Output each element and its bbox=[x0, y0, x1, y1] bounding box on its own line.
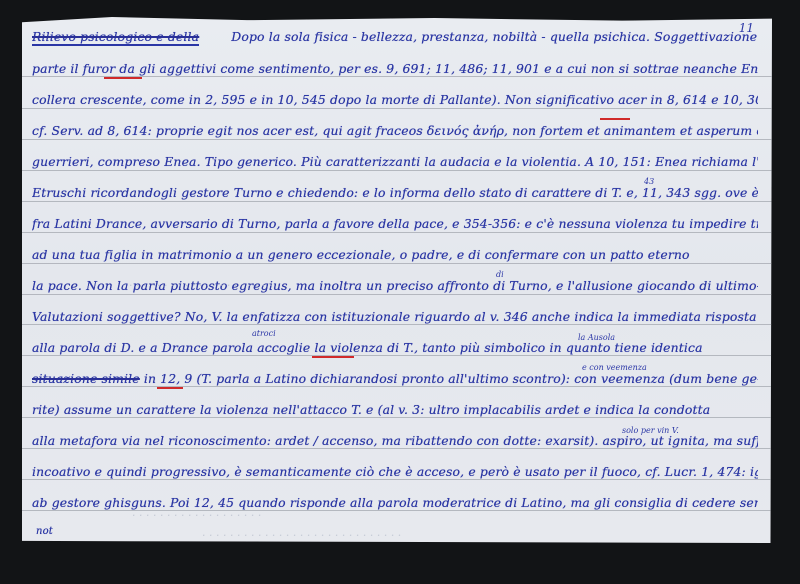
bleed-through-text: · · · · · · · · · · · · · · · · · · · · … bbox=[202, 529, 401, 542]
text-line-2: parte il furor da gli aggettivi come sen… bbox=[32, 61, 758, 76]
red-underline-violenta bbox=[312, 356, 354, 358]
manuscript-page: 11 Rilievo psicologico e della Dopo la s… bbox=[22, 17, 772, 543]
red-underline-furor bbox=[104, 77, 142, 79]
insertion-con-veemenza: e con veemenza bbox=[582, 363, 647, 372]
text-line-11: alla parola di D. e a Drance parola acco… bbox=[32, 340, 758, 355]
insertion-solo-per-vin: solo per vin V. bbox=[622, 426, 679, 435]
text-line-16: ab gestore ghisguns. Poi 12, 45 quando r… bbox=[32, 495, 758, 510]
text-line-3: collera crescente, come in 2, 595 e in 1… bbox=[32, 92, 758, 107]
insertion-atroci: atroci bbox=[252, 329, 276, 338]
ruled-line bbox=[22, 201, 772, 202]
ruled-line bbox=[22, 448, 772, 449]
ruled-line bbox=[22, 294, 772, 295]
text-line-10: Valutazioni soggettive? No, V. la enfati… bbox=[32, 309, 758, 324]
ruled-line bbox=[22, 108, 772, 109]
ruled-line bbox=[22, 355, 772, 356]
struck-word: situazione simile bbox=[32, 371, 140, 386]
insertion-43: 43 bbox=[644, 177, 654, 186]
ruled-line bbox=[22, 479, 772, 480]
text-line-12: situazione simile in 12, 9 (T. parla a L… bbox=[32, 371, 758, 386]
ruled-line bbox=[22, 170, 772, 171]
text-line-1: Rilievo psicologico e della Dopo la sola… bbox=[32, 29, 758, 46]
ruled-line bbox=[22, 386, 772, 387]
text-line-13: rite) assume un carattere la violenza ne… bbox=[32, 402, 758, 417]
ruled-line bbox=[22, 417, 772, 418]
text-line-6: Etruschi ricordandogli gestore Turno e c… bbox=[32, 185, 758, 200]
struck-heading: Rilievo psicologico e della bbox=[32, 29, 199, 46]
ruled-line bbox=[22, 139, 772, 140]
bleed-through-text: · · · · · · · · · · · · · · · · · · · · … bbox=[122, 279, 272, 292]
insertion-la-ausola: la Ausola bbox=[578, 333, 615, 342]
ruled-line bbox=[22, 232, 772, 233]
red-underline-acer bbox=[600, 118, 630, 120]
text-line-8: ad una tua figlia in matrimonio a un gen… bbox=[32, 247, 758, 262]
text-line-7: fra Latini Drance, avversario di Turno, … bbox=[32, 216, 758, 231]
text-line-5: guerrieri, compreso Enea. Tipo generico.… bbox=[32, 154, 758, 169]
text-line-14: alla metafora via nel riconoscimento: ar… bbox=[32, 433, 758, 448]
text-line-4: cf. Serv. ad 8, 614: proprie egit nos ac… bbox=[32, 123, 758, 138]
red-underline-12-9 bbox=[157, 387, 183, 389]
bleed-through-text: · · · · · · · · · · · · · · · · · · · bbox=[132, 509, 261, 522]
ruled-line bbox=[22, 324, 772, 325]
text-line-15: incoativo e quindi progressivo, è semant… bbox=[32, 464, 758, 479]
ruled-line bbox=[22, 263, 772, 264]
insertion-di: di bbox=[496, 270, 504, 279]
